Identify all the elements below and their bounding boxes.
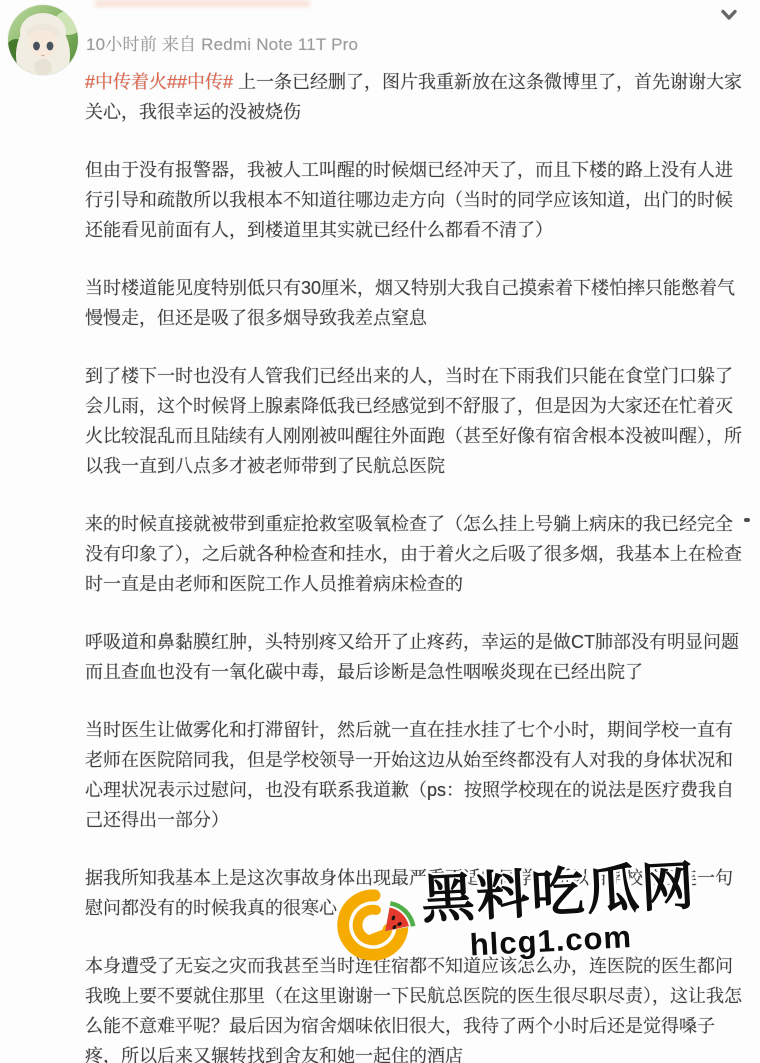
post-paragraph: 但由于没有报警器，我被人工叫醒的时候烟已经冲天了，而且下楼的路上没有人进行引导和… (85, 155, 745, 245)
post-paragraph: 据我所知我基本上是这次事故身体出现最严重不适的同学，所以当学校甚至连一句慰问都没… (85, 863, 745, 923)
cropped-username (95, 0, 310, 7)
chevron-down-icon[interactable] (720, 8, 738, 20)
screenshot-artifact-dot (744, 518, 750, 522)
avatar-image (8, 5, 78, 75)
post-paragraph: 当时楼道能见度特别低只有30厘米，烟又特别大我自己摸索着下楼怕摔只能憋着气慢慢走… (85, 273, 745, 333)
post-paragraph: 到了楼下一时也没有人管我们已经出来的人，当时在下雨我们只能在食堂门口躲了会儿雨，… (85, 361, 745, 481)
post-timestamp: 10小时前 来自 Redmi Note 11T Pro (86, 30, 358, 55)
post-paragraph: #中传着火##中传# 上一条已经删了，图片我重新放在这条微博里了，首先谢谢大家关… (85, 67, 745, 127)
post-paragraph: 当时医生让做雾化和打滞留针，然后就一直在挂水挂了七个小时，期间学校一直有老师在医… (85, 715, 745, 835)
post-paragraph: 来的时候直接就被带到重症抢救室吸氧检查了（怎么挂上号躺上病床的我已经完全没有印象… (85, 509, 745, 599)
post-paragraph: 呼吸道和鼻黏膜红肿，头特别疼又给开了止疼药，幸运的是做CT肺部没有明显问题而且查… (85, 627, 745, 687)
post-paragraph: 本身遭受了无妄之灾而我甚至当时连住宿都不知道应该怎么办，连医院的医生都问我晚上要… (85, 951, 745, 1063)
hashtag-link[interactable]: #中传着火##中传# (85, 72, 233, 92)
avatar[interactable] (8, 5, 78, 75)
weibo-post: 10小时前 来自 Redmi Note 11T Pro #中传着火##中传# 上… (0, 0, 760, 1063)
post-content: #中传着火##中传# 上一条已经删了，图片我重新放在这条微博里了，首先谢谢大家关… (85, 67, 745, 1063)
